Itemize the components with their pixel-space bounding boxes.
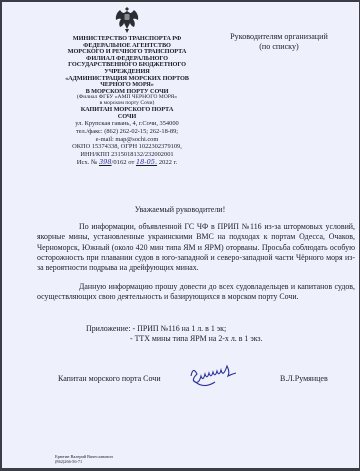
attachment-item: - ТТХ мины типа ЯРМ на 2-х л. в 1 экз. [86,334,263,344]
signatory-title: Капитан морского порта Сочи [58,374,161,383]
attachment-item: - ПРИП №116 на 1 л. в 1 эк; [133,324,227,333]
greeting: Уважаемый руководители! [2,205,358,214]
ref-year: 2022 г. [159,159,177,166]
body-paragraph: Данную информацию прошу довести до всех … [37,282,355,303]
ref-number-handwritten: 398 [99,158,112,166]
date-handwritten: 18-05. [136,158,157,166]
inn-kpp: ИНН/КПП 2315018132/232002001 [62,151,192,159]
outgoing-reference: Исх. № 398/0162 от 18-05. 2022 г. [62,159,192,167]
attachments: Приложение: - ПРИП №116 на 1 л. в 1 эк; … [86,324,263,345]
paragraph-text: По информации, объявленной ГС ЧФ в ПРИП … [37,222,355,273]
signatory-name: В.Л.Румянцев [280,374,328,383]
okpo-ogrn: ОКПО 15374338, ОГРН 1022302379109, [62,143,192,151]
ref-prefix: Исх. № [77,159,98,166]
date-prefix: от [128,159,134,166]
double-headed-eagle-emblem-icon [114,4,140,34]
executor-phone: (862)266-56-71 [55,459,113,464]
addressee-line: (по списку) [224,42,334,52]
captain-line: СОЧИ [62,114,192,121]
handwritten-signature-icon [187,362,247,392]
letterhead: МИНИСТЕРСТВО ТРАНСПОРТА РФ ФЕДЕРАЛЬНОЕ А… [62,4,192,167]
letter-page: МИНИСТЕРСТВО ТРАНСПОРТА РФ ФЕДЕРАЛЬНОЕ А… [2,2,359,468]
ref-suffix: /0162 [112,159,127,166]
addressee-line: Руководителям организаций [224,32,334,42]
executor-info: Ерютин Валерий Вячеславович (862)266-56-… [55,454,113,464]
email: e-mail: map@sochi.com [62,136,192,144]
body-paragraph: По информации, объявленной ГС ЧФ в ПРИП … [37,222,355,273]
attachments-label: Приложение: [86,324,131,333]
address: ул. Крупская гавань, 4, г.Сочи, 354000 [62,120,192,128]
phone: тел./факс: (862) 262-02-15; 262-18-89; [62,128,192,136]
paragraph-text: Данную информацию прошу довести до всех … [37,282,355,303]
addressee: Руководителям организаций (по списку) [224,32,334,53]
